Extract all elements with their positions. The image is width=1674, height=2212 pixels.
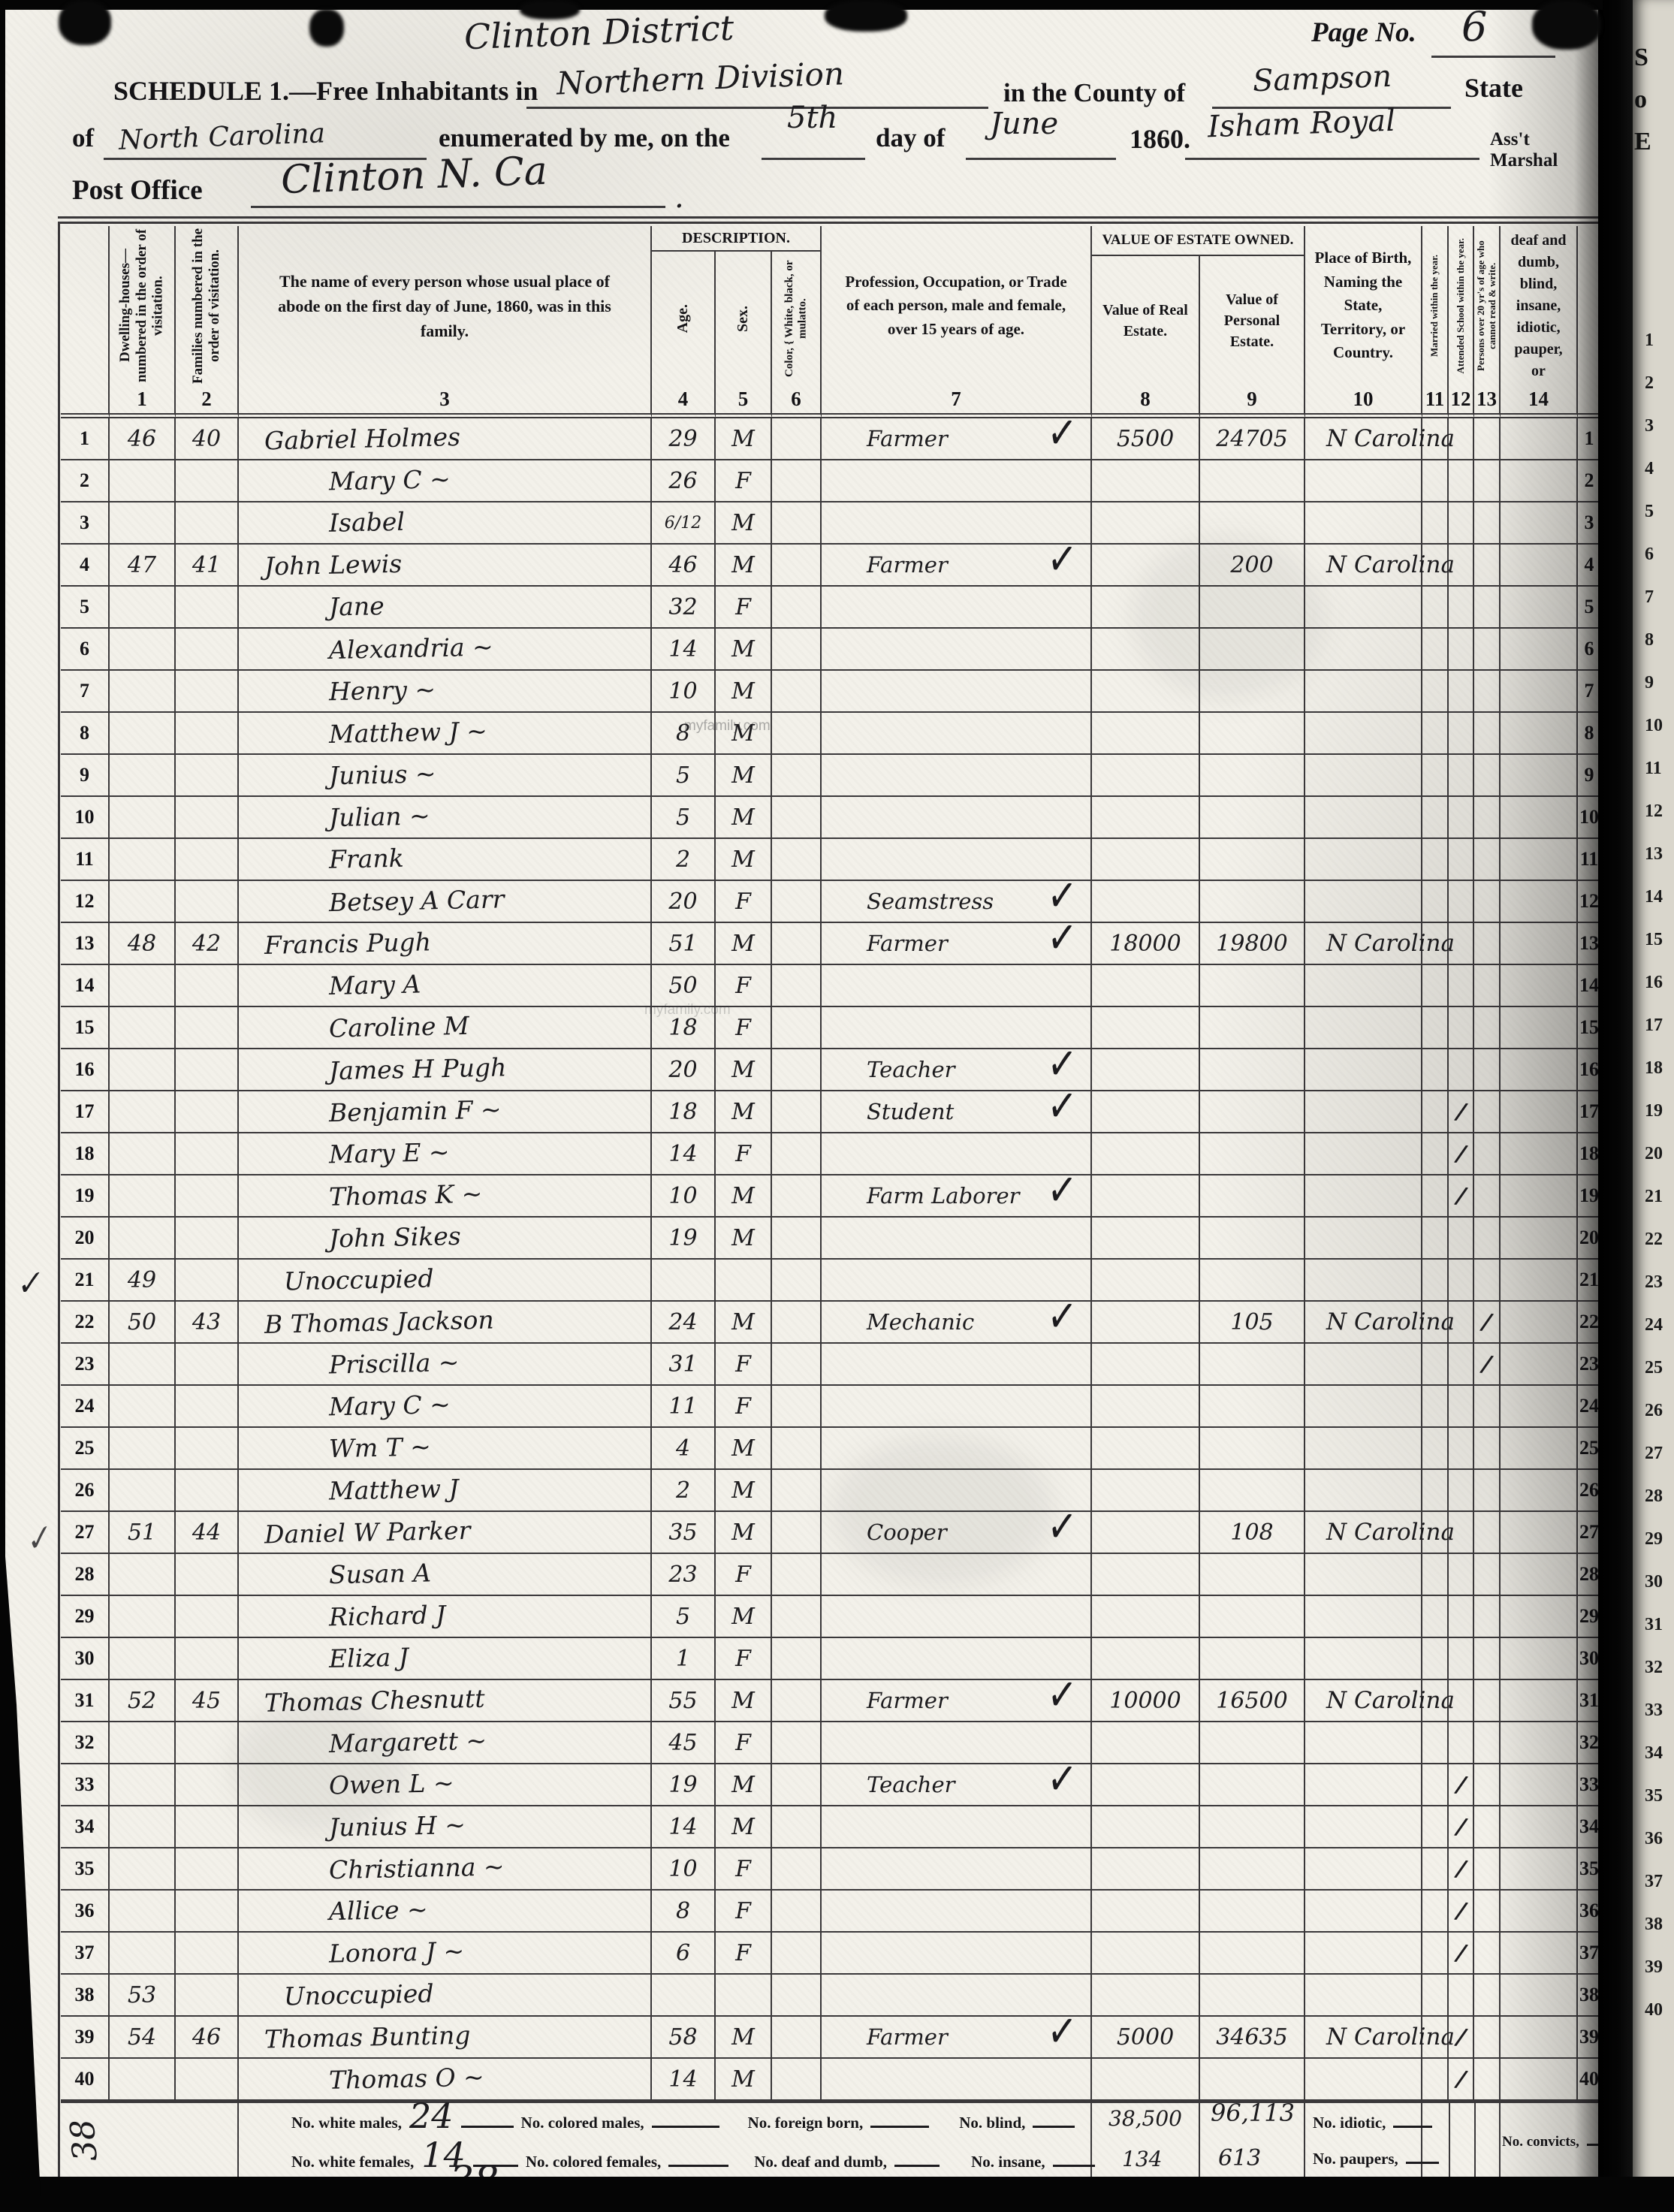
person-name: Frank	[239, 839, 652, 881]
personal-estate-value	[1200, 1975, 1305, 2017]
deaf-remark	[1501, 502, 1578, 545]
personal-estate-value	[1200, 1428, 1305, 1470]
color	[772, 502, 822, 545]
table-row: 40Thomas O ~14M∕40	[61, 2059, 1600, 2101]
married-mark	[1422, 965, 1449, 1007]
school-check-icon: ∕	[1455, 1813, 1467, 1840]
read-write-mark	[1474, 755, 1501, 797]
personal-estate-value	[1200, 1891, 1305, 1933]
school-mark	[1449, 965, 1474, 1007]
color	[772, 1554, 822, 1596]
personal-estate-value	[1200, 839, 1305, 881]
real-estate-total: 38,500	[1108, 2106, 1182, 2131]
person-name: Mary E ~	[239, 1133, 652, 1175]
sex: F	[716, 965, 772, 1007]
family-number	[176, 965, 239, 1007]
adjacent-page-row-number: 23	[1645, 1272, 1663, 1293]
deaf-remark	[1501, 1049, 1578, 1091]
married-mark	[1422, 1133, 1449, 1175]
birthplace	[1305, 1638, 1422, 1680]
married-mark	[1422, 1512, 1449, 1554]
adjacent-page-row-number: 4	[1645, 459, 1654, 479]
person-name-text: Allice ~	[239, 1894, 428, 1927]
birthplace	[1305, 839, 1422, 881]
row-number: 25	[61, 1428, 110, 1470]
married-mark	[1422, 1091, 1449, 1133]
blank-line	[461, 2111, 514, 2128]
person-name-text: Priscilla ~	[239, 1347, 460, 1381]
person-name-text: Betsey A Carr	[239, 884, 505, 919]
age: 50	[652, 965, 716, 1007]
person-name-text: Matthew J ~	[239, 716, 488, 750]
row-number: 23	[61, 1344, 110, 1386]
married-mark	[1422, 713, 1449, 755]
personal-estate-value	[1200, 1175, 1305, 1218]
school-mark	[1449, 1302, 1474, 1344]
occupation: Farm Laborer✓	[822, 1175, 1092, 1218]
personal-estate-value	[1200, 1764, 1305, 1806]
personal-estate-value	[1200, 2059, 1305, 2101]
occupation	[822, 1848, 1092, 1891]
sex: F	[716, 1933, 772, 1975]
dwelling-number	[110, 1007, 176, 1049]
deaf-remark	[1501, 1386, 1578, 1428]
real-estate-value	[1092, 1175, 1200, 1218]
dwelling-number	[110, 1933, 176, 1975]
family-number	[176, 1722, 239, 1764]
dwelling-number	[110, 797, 176, 839]
occupation-check-icon: ✓	[1046, 530, 1079, 588]
person-name-text: Mary A	[239, 969, 421, 1002]
footer-real-estate-cell: 38,500 134	[1092, 2103, 1200, 2180]
deaf-remark	[1501, 1764, 1578, 1806]
deaf-remark	[1501, 2059, 1578, 2101]
person-name: Thomas Bunting	[239, 2017, 652, 2059]
person-name-text: Thomas O ~	[239, 2062, 484, 2096]
row-number: 32	[61, 1722, 110, 1764]
occupation	[822, 965, 1092, 1007]
sex: M	[716, 1512, 772, 1554]
person-name-text: John Sikes	[239, 1221, 461, 1254]
row-number: 30	[61, 1638, 110, 1680]
age: 18	[652, 1091, 716, 1133]
school-check-icon: ∕	[1455, 1855, 1467, 1882]
page-no-value: 6	[1461, 3, 1487, 50]
family-number	[176, 1007, 239, 1049]
color	[772, 1091, 822, 1133]
read-write-mark	[1474, 965, 1501, 1007]
person-name: Unoccupied	[239, 1975, 652, 2017]
color	[772, 671, 822, 713]
birthplace	[1305, 1596, 1422, 1638]
occupation	[822, 797, 1092, 839]
occupation-text: Teacher	[822, 1057, 955, 1082]
column-header-2: Families numbered in the order of visita…	[176, 226, 239, 385]
blank-line	[870, 2111, 929, 2128]
table-row: 36Allice ~8F∕36	[61, 1891, 1600, 1933]
dwelling-number	[110, 587, 176, 629]
occupation	[822, 1891, 1092, 1933]
column-number	[61, 385, 110, 418]
person-name: Eliza J	[239, 1638, 652, 1680]
deaf-remark	[1501, 1175, 1578, 1218]
dwelling-number	[110, 1722, 176, 1764]
personal-estate-value	[1200, 1133, 1305, 1175]
school-mark: ∕	[1449, 1091, 1474, 1133]
family-number: 44	[176, 1512, 239, 1554]
sex: F	[716, 881, 772, 923]
scan-stain	[831, 1436, 1056, 1586]
person-name-text: Thomas Bunting	[239, 2020, 471, 2054]
footer-margin-cell	[61, 2103, 239, 2180]
family-number	[176, 797, 239, 839]
cannot-read-check-icon: ∕	[1481, 1308, 1493, 1335]
occupation: Farmer✓	[822, 545, 1092, 587]
school-mark: ∕	[1449, 2059, 1474, 2101]
column-number: 13	[1474, 385, 1501, 418]
person-name-text: John Lewis	[239, 548, 403, 581]
sex: M	[716, 2059, 772, 2101]
personal-estate-value	[1200, 1470, 1305, 1512]
read-write-mark	[1474, 629, 1501, 671]
read-write-mark	[1474, 671, 1501, 713]
family-number	[176, 460, 239, 502]
birthplace	[1305, 755, 1422, 797]
school-mark	[1449, 755, 1474, 797]
column-header-text: Dwelling-houses— numbered in the order o…	[117, 226, 167, 385]
family-number	[176, 1260, 239, 1302]
family-number	[176, 1806, 239, 1848]
dwelling-number: 49	[110, 1260, 176, 1302]
school-mark	[1449, 1680, 1474, 1722]
adjacent-page-row-number: 10	[1645, 716, 1663, 736]
page-no-underline	[1431, 56, 1555, 58]
age: 18	[652, 1007, 716, 1049]
sex: F	[716, 1848, 772, 1891]
sex: M	[716, 1091, 772, 1133]
school-check-icon: ∕	[1455, 1140, 1467, 1167]
dwelling-number	[110, 1848, 176, 1891]
deaf-remark	[1501, 629, 1578, 671]
real-estate-value	[1092, 1091, 1200, 1133]
table-row: 11Frank2M11	[61, 839, 1600, 881]
occupation	[822, 587, 1092, 629]
sex: M	[716, 1806, 772, 1848]
occupation: Farmer✓	[822, 1680, 1092, 1722]
person-name-text: Isabel	[239, 506, 406, 539]
age: 8	[652, 1891, 716, 1933]
real-estate-value: 18000	[1092, 923, 1200, 965]
table-footer: No. white males, 24 No. colored males, N…	[61, 2101, 1600, 2180]
person-name: Allice ~	[239, 1891, 652, 1933]
married-mark	[1422, 923, 1449, 965]
table-row: 2149Unoccupied21	[61, 1260, 1600, 1302]
column-header-6: Color, { White, black, or mulatto.	[772, 252, 822, 385]
birthplace	[1305, 713, 1422, 755]
color	[772, 797, 822, 839]
person-name: Junius ~	[239, 755, 652, 797]
row-number: 12	[61, 881, 110, 923]
column-header-text: Persons over 20 yr's of age who cannot r…	[1476, 226, 1498, 385]
school-check-icon: ∕	[1455, 1182, 1467, 1209]
age: 45	[652, 1722, 716, 1764]
sex: M	[716, 1302, 772, 1344]
adjacent-page-row-number: 3	[1645, 416, 1654, 436]
column-header-14: Whether deaf and dumb, blind, insane, id…	[1501, 226, 1578, 385]
real-estate-value	[1092, 2059, 1200, 2101]
person-name: Francis Pugh	[239, 923, 652, 965]
family-number	[176, 1133, 239, 1175]
row-number: 13	[61, 923, 110, 965]
deaf-remark	[1501, 587, 1578, 629]
deaf-remark	[1501, 418, 1578, 460]
deaf-remark	[1501, 1891, 1578, 1933]
color	[772, 1638, 822, 1680]
column-number: 10	[1305, 385, 1422, 418]
deaf-remark	[1501, 1512, 1578, 1554]
married-mark	[1422, 629, 1449, 671]
married-mark	[1422, 1554, 1449, 1596]
adjacent-page-row-number: 9	[1645, 673, 1654, 693]
family-number	[176, 1428, 239, 1470]
family-number	[176, 1848, 239, 1891]
row-number: 17	[61, 1091, 110, 1133]
adjacent-page-row-number: 20	[1645, 1144, 1663, 1164]
person-name-text: Benjamin F ~	[239, 1094, 502, 1129]
school-mark	[1449, 502, 1474, 545]
adjacent-page-row-number: 13	[1645, 844, 1663, 865]
dwelling-number	[110, 1049, 176, 1091]
color	[772, 713, 822, 755]
white-females-label: No. white females,	[291, 2153, 414, 2171]
birthplace	[1305, 1806, 1422, 1848]
table-row: 6Alexandria ~14M6	[61, 629, 1600, 671]
table-body: 123456789101112131414640Gabriel Holmes29…	[61, 385, 1600, 2101]
color	[772, 1680, 822, 1722]
month-underline	[966, 158, 1116, 160]
occupation-text: Student	[822, 1099, 954, 1124]
personal-estate-value: 16500	[1200, 1680, 1305, 1722]
column-header-text: Color, { White, black, or mulatto.	[783, 252, 810, 385]
read-write-mark	[1474, 713, 1501, 755]
color	[772, 1806, 822, 1848]
sex: M	[716, 671, 772, 713]
family-number	[176, 1175, 239, 1218]
blank-line	[1033, 2111, 1075, 2128]
family-number	[176, 1554, 239, 1596]
adjacent-page-row-number: 32	[1645, 1658, 1663, 1678]
adjacent-page-row-number: 28	[1645, 1486, 1663, 1507]
column-header-13: Persons over 20 yr's of age who cannot r…	[1474, 226, 1501, 385]
married-mark	[1422, 2017, 1449, 2059]
age: 14	[652, 2059, 716, 2101]
occupation: Farmer✓	[822, 923, 1092, 965]
person-name-text: Daniel W Parker	[239, 1515, 471, 1549]
age: 5	[652, 797, 716, 839]
school-mark	[1449, 1638, 1474, 1680]
age: 11	[652, 1386, 716, 1428]
column-header-3: The name of every person whose usual pla…	[239, 226, 652, 385]
personal-estate-value	[1200, 1596, 1305, 1638]
person-name-text: Caroline M	[239, 1010, 469, 1044]
column-number: 3	[239, 385, 652, 418]
occupation-text: Seamstress	[822, 889, 994, 914]
color	[772, 629, 822, 671]
column-header-9: Value of Personal Estate.	[1200, 256, 1305, 385]
sex	[716, 1975, 772, 2017]
school-mark	[1449, 1428, 1474, 1470]
row-number: 39	[61, 2017, 110, 2059]
column-header-text: Families numbered in the order of visita…	[190, 226, 223, 385]
age: 35	[652, 1512, 716, 1554]
column-header-8: Value of Real Estate.	[1092, 256, 1200, 385]
blank-line	[652, 2111, 719, 2128]
deaf-remark	[1501, 1344, 1578, 1386]
row-number: 26	[61, 1470, 110, 1512]
row-number: 6	[61, 629, 110, 671]
dwelling-number	[110, 1596, 176, 1638]
school-mark: ∕	[1449, 1891, 1474, 1933]
deaf-remark	[1501, 1596, 1578, 1638]
deaf-remark	[1501, 1638, 1578, 1680]
color	[772, 1975, 822, 2017]
deaf-remark	[1501, 1091, 1578, 1133]
sex: M	[716, 502, 772, 545]
age: 5	[652, 755, 716, 797]
column-number: 6	[772, 385, 822, 418]
family-number	[176, 502, 239, 545]
person-name: Henry ~	[239, 671, 652, 713]
person-name: Benjamin F ~	[239, 1091, 652, 1133]
real-estate-value	[1092, 713, 1200, 755]
family-number	[176, 1091, 239, 1133]
color	[772, 418, 822, 460]
ink-smudge	[1532, 0, 1601, 50]
personal-estate-value	[1200, 1638, 1305, 1680]
table-row: 14Mary A50F14	[61, 965, 1600, 1007]
occupation-text: Farm Laborer	[822, 1183, 1019, 1209]
footer-divider	[1474, 2103, 1476, 2180]
personal-estate-value	[1200, 1049, 1305, 1091]
adjacent-page-row-number: 22	[1645, 1230, 1663, 1250]
deaf-remark	[1501, 545, 1578, 587]
sex: M	[716, 1764, 772, 1806]
age: 2	[652, 839, 716, 881]
column-header-7: Profession, Occupation, or Trade of each…	[822, 226, 1092, 385]
dwelling-number	[110, 839, 176, 881]
married-mark	[1422, 1007, 1449, 1049]
row-number: 5	[61, 587, 110, 629]
personal-estate-value	[1200, 965, 1305, 1007]
column-header-11: Married within the year.	[1422, 226, 1449, 385]
birthplace	[1305, 1175, 1422, 1218]
age: 24	[652, 1302, 716, 1344]
deaf-remark	[1501, 1302, 1578, 1344]
adjacent-page-row-number: 35	[1645, 1786, 1663, 1806]
married-mark	[1422, 418, 1449, 460]
real-estate-value	[1092, 1554, 1200, 1596]
person-name-text: Christianna ~	[239, 1851, 505, 1886]
school-mark: ∕	[1449, 1848, 1474, 1891]
occupation-check-icon: ✓	[1046, 403, 1079, 462]
read-write-mark	[1474, 1848, 1501, 1891]
married-mark	[1422, 755, 1449, 797]
deaf-remark	[1501, 713, 1578, 755]
blind-label: No. blind,	[959, 2114, 1025, 2132]
family-number	[176, 1470, 239, 1512]
row-number: 24	[61, 1386, 110, 1428]
schedule-title: SCHEDULE 1.—Free Inhabitants in	[113, 75, 538, 107]
occupation: Farmer✓	[822, 2017, 1092, 2059]
birthplace: N Carolina	[1305, 2017, 1422, 2059]
married-mark	[1422, 1428, 1449, 1470]
dwelling-number	[110, 713, 176, 755]
deaf-remark	[1501, 1218, 1578, 1260]
adjacent-page-row-number: 25	[1645, 1358, 1663, 1378]
personal-estate-value	[1200, 1260, 1305, 1302]
color	[772, 1891, 822, 1933]
row-number: 1	[61, 418, 110, 460]
post-office-value: Clinton N. Ca	[280, 149, 548, 203]
person-name-text: Alexandria ~	[239, 632, 493, 666]
column-header-12: Attended School within the year.	[1449, 226, 1474, 385]
birthplace	[1305, 1218, 1422, 1260]
read-write-mark	[1474, 1133, 1501, 1175]
sex: M	[716, 797, 772, 839]
sex: M	[716, 1218, 772, 1260]
family-number	[176, 881, 239, 923]
adjacent-page-row-number: 2	[1645, 373, 1654, 394]
married-mark	[1422, 587, 1449, 629]
married-mark	[1422, 1764, 1449, 1806]
school-mark	[1449, 1218, 1474, 1260]
color	[772, 755, 822, 797]
real-estate-value: 10000	[1092, 1680, 1200, 1722]
married-mark	[1422, 1302, 1449, 1344]
color	[772, 1596, 822, 1638]
person-name: James H Pugh	[239, 1049, 652, 1091]
married-mark	[1422, 2059, 1449, 2101]
occupation	[822, 460, 1092, 502]
color	[772, 1764, 822, 1806]
row-number: 7	[61, 671, 110, 713]
person-name-text: Mary E ~	[239, 1137, 450, 1171]
family-number	[176, 671, 239, 713]
read-write-mark	[1474, 1806, 1501, 1848]
scan-stain	[230, 1699, 410, 1834]
column-header-5: Sex.	[716, 252, 772, 385]
dwelling-number	[110, 965, 176, 1007]
column-header-text: Sex.	[734, 306, 752, 332]
blank-line	[1053, 2150, 1095, 2167]
married-mark	[1422, 1891, 1449, 1933]
adjacent-page-row-number: 36	[1645, 1829, 1663, 1849]
person-name-text: Lonora J ~	[239, 1936, 465, 1969]
married-mark	[1422, 797, 1449, 839]
deaf-remark	[1501, 1933, 1578, 1975]
real-estate-value	[1092, 1260, 1200, 1302]
dwelling-number	[110, 755, 176, 797]
school-mark	[1449, 545, 1474, 587]
column-number: 11	[1422, 385, 1449, 418]
read-write-mark	[1474, 1596, 1501, 1638]
real-estate-value	[1092, 965, 1200, 1007]
row-number: 28	[61, 1554, 110, 1596]
real-estate-value	[1092, 1049, 1200, 1091]
school-mark	[1449, 881, 1474, 923]
occupation-text: Farmer	[822, 552, 948, 578]
personal-estate-value	[1200, 1933, 1305, 1975]
